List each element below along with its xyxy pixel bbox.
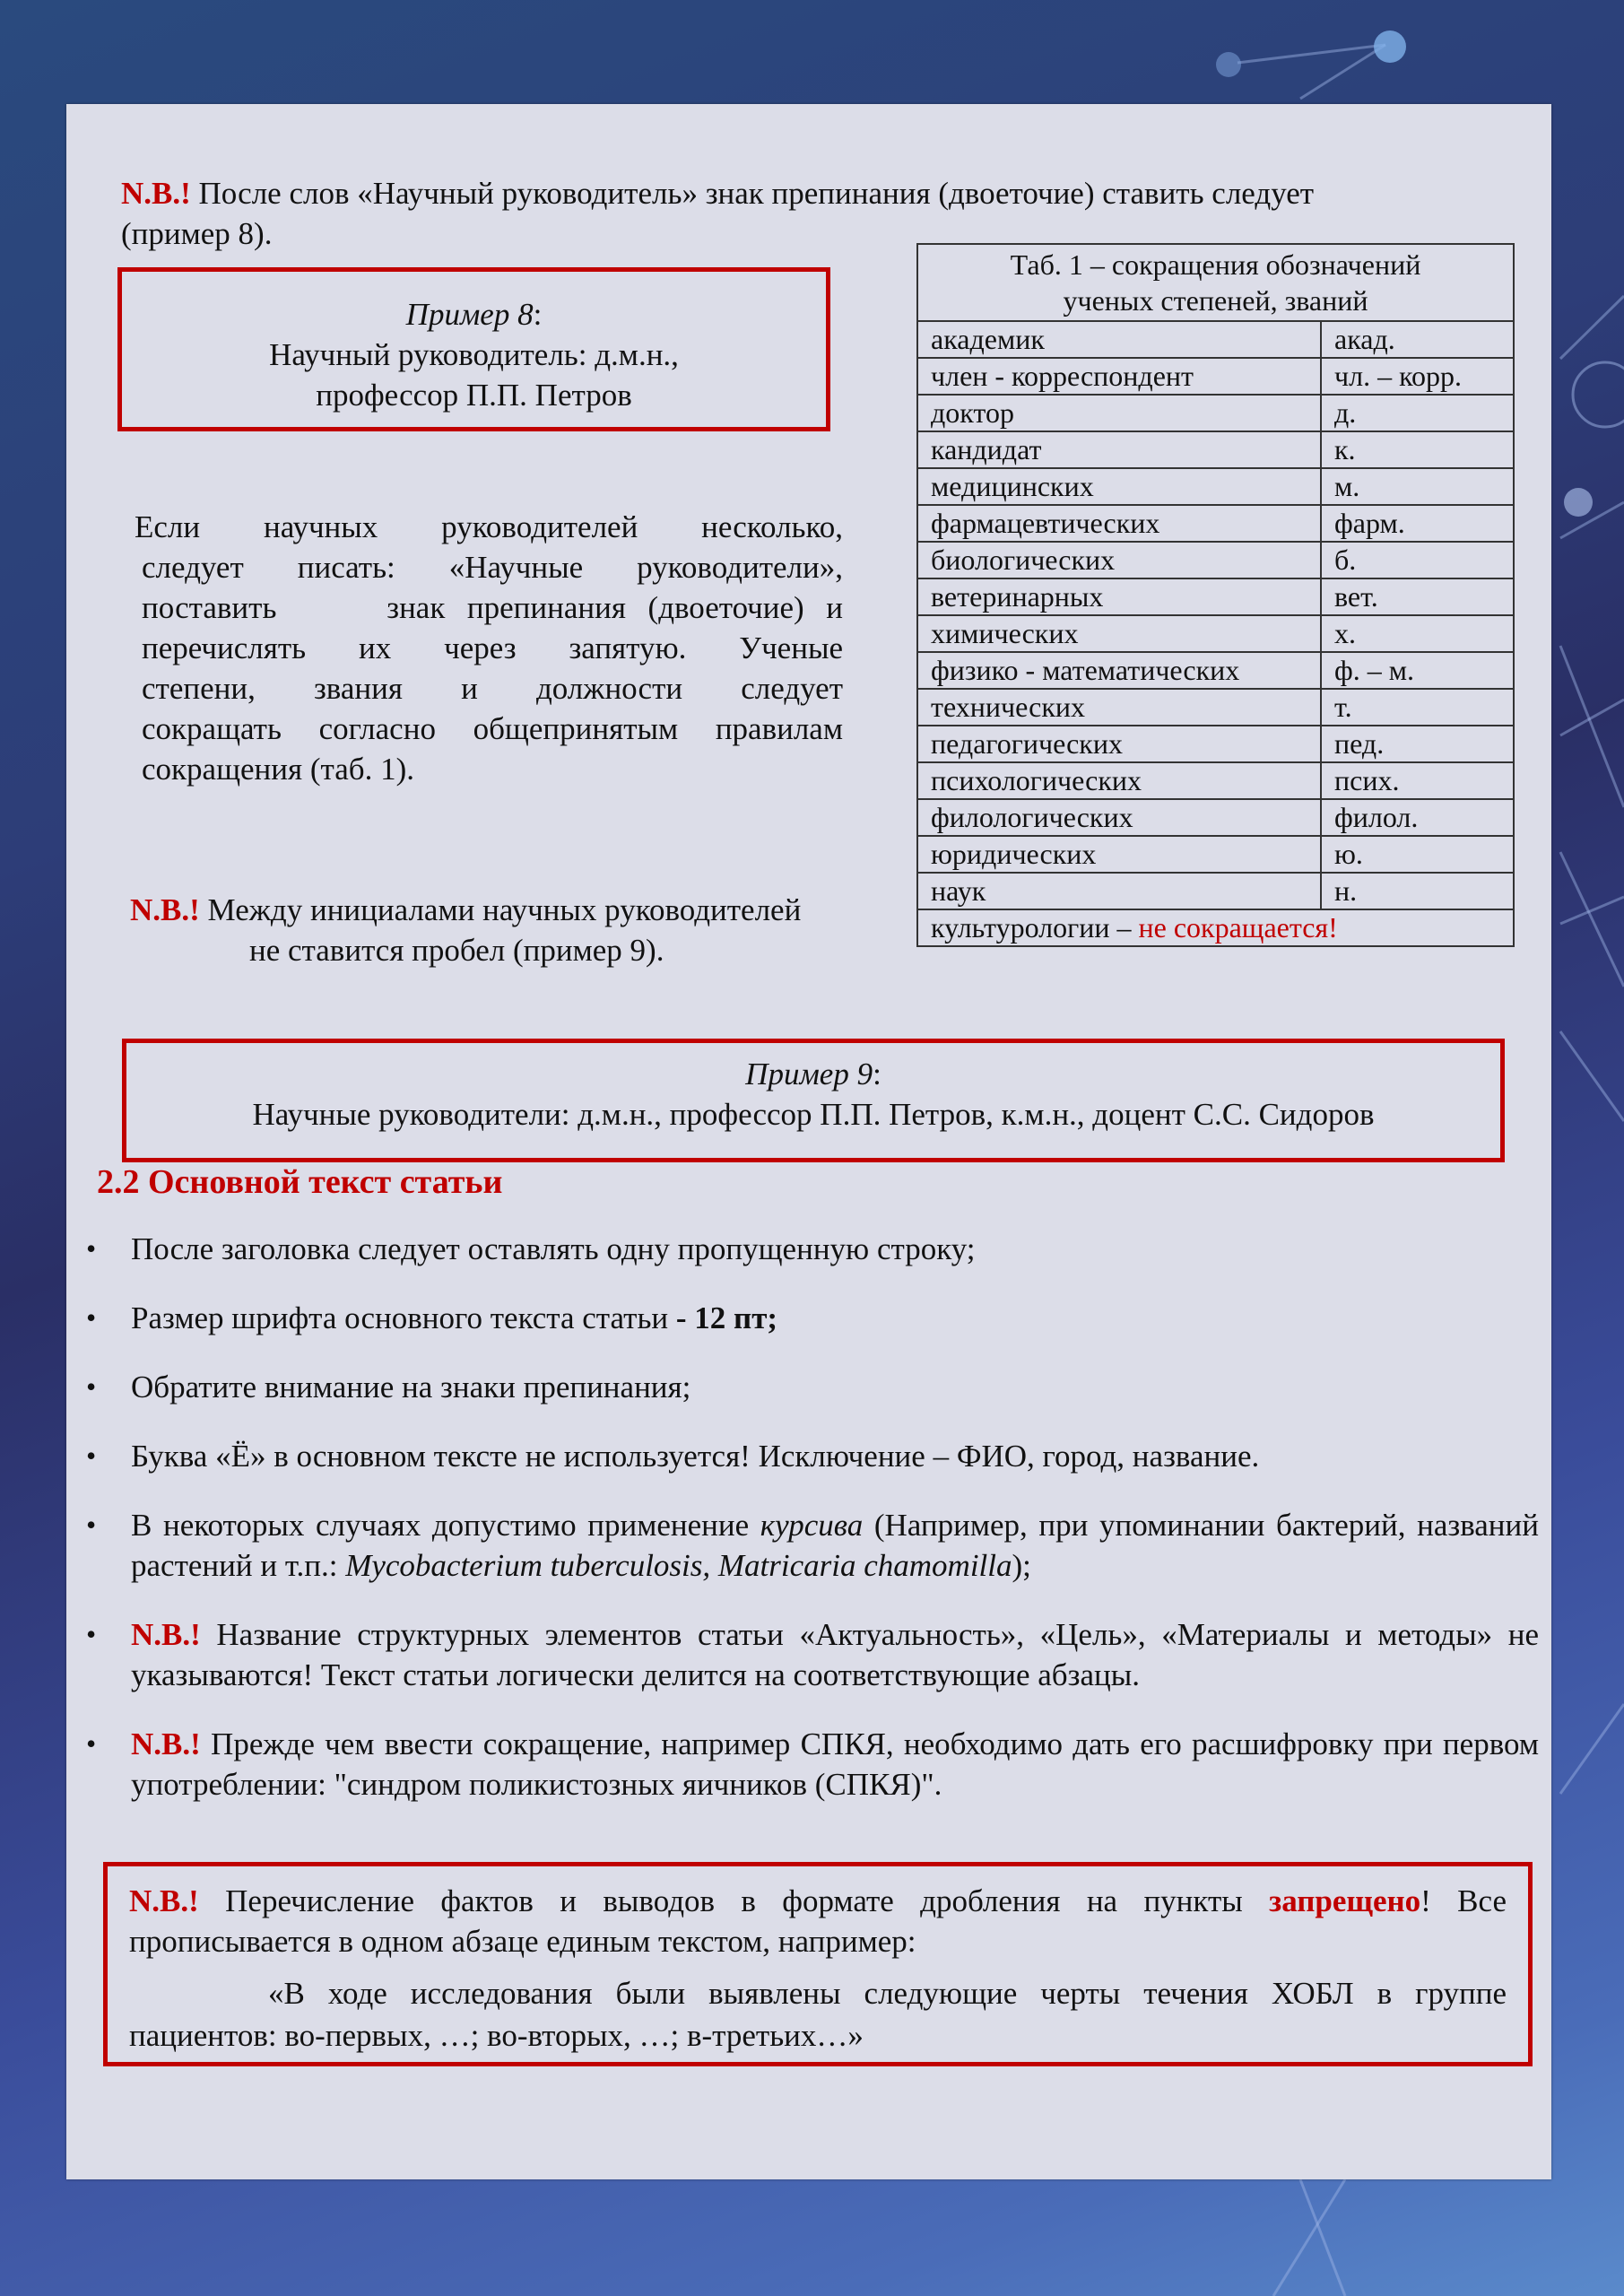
table-row: психологическихпсих.: [917, 762, 1514, 799]
example-9-box: Пример 9: Научные руководители: д.м.н., …: [122, 1039, 1505, 1162]
term-cell: физико - математических: [917, 652, 1321, 689]
example-8-line1: Научный руководитель: д.м.н.,: [122, 335, 826, 375]
guidelines-list: После заголовка следует оставлять одну п…: [86, 1229, 1539, 1833]
not-abbreviated-note: не сокращается!: [1139, 911, 1338, 944]
final-note-box: N.B.! Перечисление фактов и выводов в фо…: [103, 1862, 1533, 2066]
abbr-cell: б.: [1321, 542, 1514, 578]
abbr-cell: м.: [1321, 468, 1514, 505]
term-cell: филологических: [917, 799, 1321, 836]
table-row: член - корреспондентчл. – корр.: [917, 358, 1514, 395]
term-cell: ветеринарных: [917, 578, 1321, 615]
abbr-cell: ю.: [1321, 836, 1514, 873]
table-caption: Таб. 1 – сокращения обозначений: [927, 247, 1504, 283]
table-row: кандидатк.: [917, 431, 1514, 468]
table-row: филологическихфилол.: [917, 799, 1514, 836]
table-footer-row: культурологии – не сокращается!: [917, 909, 1514, 946]
term-cell: фармацевтических: [917, 505, 1321, 542]
list-item: Буква «Ё» в основном тексте не используе…: [86, 1436, 1539, 1476]
table-row: химическихх.: [917, 615, 1514, 652]
section-heading: 2.2 Основной текст статьи: [97, 1162, 502, 1202]
table-row: наукн.: [917, 873, 1514, 909]
abbr-cell: акад.: [1321, 321, 1514, 358]
node-dot: [1374, 30, 1406, 63]
example-8-title: Пример 8: [406, 297, 534, 332]
term-cell: психологических: [917, 762, 1321, 799]
abbr-cell: псих.: [1321, 762, 1514, 799]
multiple-supervisors-paragraph: Если научных руководителей несколько, сл…: [135, 507, 843, 789]
term-cell: юридических: [917, 836, 1321, 873]
table-row: юридическихю.: [917, 836, 1514, 873]
abbr-cell: филол.: [1321, 799, 1514, 836]
term-cell: медицинских: [917, 468, 1321, 505]
table-row: фармацевтическихфарм.: [917, 505, 1514, 542]
term-cell: академик: [917, 321, 1321, 358]
table-row: педагогическихпед.: [917, 726, 1514, 762]
abbr-cell: д.: [1321, 395, 1514, 431]
example-quote: «В ходе исследования были выявлены следу…: [129, 1972, 1507, 2057]
table-row: биологическихб.: [917, 542, 1514, 578]
initials-note: N.B.! Между инициалами научных руководит…: [130, 890, 910, 970]
table-row: физико - математическихф. – м.: [917, 652, 1514, 689]
abbr-cell: н.: [1321, 873, 1514, 909]
abbr-cell: т.: [1321, 689, 1514, 726]
list-item: N.B.! Прежде чем ввести сокращение, напр…: [86, 1724, 1539, 1805]
term-cell: технических: [917, 689, 1321, 726]
abbr-cell: чл. – корр.: [1321, 358, 1514, 395]
example-8-line2: профессор П.П. Петров: [122, 375, 826, 415]
term-cell: доктор: [917, 395, 1321, 431]
nb-label: N.B.!: [121, 176, 191, 211]
table-caption-row: Таб. 1 – сокращения обозначений ученых с…: [917, 244, 1514, 321]
term-cell: член - корреспондент: [917, 358, 1321, 395]
abbreviations-table: Таб. 1 – сокращения обозначений ученых с…: [916, 243, 1515, 947]
list-item: После заголовка следует оставлять одну п…: [86, 1229, 1539, 1269]
top-note: N.B.! После слов «Научный руководитель» …: [121, 173, 1520, 254]
table-row: докторд.: [917, 395, 1514, 431]
table-row: ветеринарныхвет.: [917, 578, 1514, 615]
list-item: Обратите внимание на знаки препинания;: [86, 1367, 1539, 1407]
example-9-line1: Научные руководители: д.м.н., профессор …: [126, 1094, 1500, 1135]
table-row: академикакад.: [917, 321, 1514, 358]
term-cell: химических: [917, 615, 1321, 652]
list-item: Размер шрифта основного текста статьи - …: [86, 1298, 1539, 1338]
abbr-cell: х.: [1321, 615, 1514, 652]
list-item: N.B.! Название структурных элементов ста…: [86, 1614, 1539, 1695]
table-row: медицинскихм.: [917, 468, 1514, 505]
term-cell: кандидат: [917, 431, 1321, 468]
abbr-cell: фарм.: [1321, 505, 1514, 542]
example-9-title: Пример 9: [745, 1057, 873, 1091]
term-cell: биологических: [917, 542, 1321, 578]
list-item: В некоторых случаях допустимо применение…: [86, 1505, 1539, 1586]
abbr-cell: вет.: [1321, 578, 1514, 615]
term-cell: наук: [917, 873, 1321, 909]
forbidden-word: запрещено: [1269, 1883, 1420, 1918]
abbr-cell: пед.: [1321, 726, 1514, 762]
abbr-cell: к.: [1321, 431, 1514, 468]
example-8-box: Пример 8: Научный руководитель: д.м.н., …: [117, 267, 830, 431]
abbr-cell: ф. – м.: [1321, 652, 1514, 689]
term-cell: педагогических: [917, 726, 1321, 762]
table-row: техническихт.: [917, 689, 1514, 726]
